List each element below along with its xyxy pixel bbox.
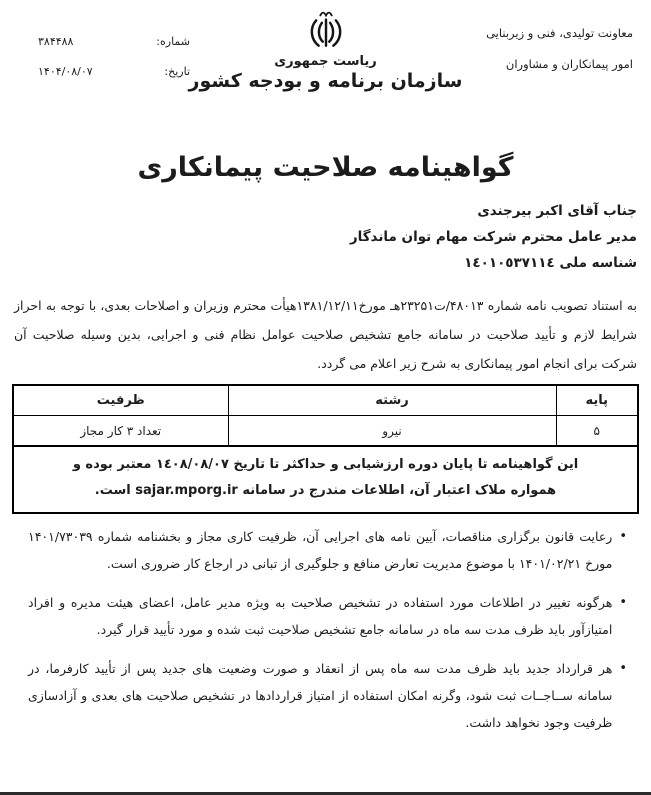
note-text: رعایت قانون برگزاری مناقصات، آیین نامه ه… [28, 523, 612, 577]
certificate-page: معاونت تولیدی، فنی و زیربنایی امور پیمان… [0, 0, 651, 795]
col-header-capacity: ظرفیت [13, 385, 228, 416]
ref-number-row: شماره: ۳۸۴۴۸۸ [38, 35, 190, 48]
ref-number-label: شماره: [156, 35, 190, 48]
note-item: • هر قرارداد جدید باید ظرف مدت سه ماه پس… [28, 655, 627, 736]
qualification-table: پایه رشته ظرفیت ۵ نیرو تعداد ۳ کار مجاز … [12, 384, 639, 514]
note-text: هر قرارداد جدید باید ظرف مدت سه ماه پس ا… [28, 655, 612, 736]
cell-field: نیرو [228, 416, 556, 447]
recipient-national-id: شناسه ملی ١٤٠١٠٥٣٧١١٤ [14, 250, 637, 276]
col-header-grade: پایه [556, 385, 638, 416]
note-item: • رعایت قانون برگزاری مناقصات، آیین نامه… [28, 523, 627, 577]
note-item: • هرگونه تغییر در اطلاعات مورد استفاده د… [28, 589, 627, 643]
validity-line-2: همواره ملاک اعتبار آن، اطلاعات مندرج در … [22, 478, 629, 504]
recipient-block: جناب آقای اکبر بیرجندی مدیر عامل محترم ش… [14, 198, 637, 276]
bullet-icon: • [619, 523, 627, 577]
validity-line-1: این گواهینامه تا پایان دوره ارزشیابی و ح… [22, 452, 629, 478]
notes-list: • رعایت قانون برگزاری مناقصات، آیین نامه… [28, 523, 627, 736]
recipient-role: مدیر عامل محترم شرکت مهام توان ماندگار [14, 224, 637, 250]
ref-date-row: تاریخ: ۱۴۰۴/۰۸/۰۷ [38, 65, 190, 78]
certificate-title: گواهینامه صلاحیت پیمانکاری [0, 152, 651, 183]
table-row: ۵ نیرو تعداد ۳ کار مجاز [13, 416, 638, 447]
bullet-icon: • [619, 589, 627, 643]
reference-block: شماره: ۳۸۴۴۸۸ تاریخ: ۱۴۰۴/۰۸/۰۷ [38, 35, 190, 95]
recipient-name: جناب آقای اکبر بیرجندی [14, 198, 637, 224]
validity-row: این گواهینامه تا پایان دوره ارزشیابی و ح… [13, 446, 638, 513]
note-text: هرگونه تغییر در اطلاعات مورد استفاده در … [28, 589, 612, 643]
col-header-field: رشته [228, 385, 556, 416]
cell-grade: ۵ [556, 416, 638, 447]
letterhead: معاونت تولیدی، فنی و زیربنایی امور پیمان… [0, 0, 651, 118]
cell-capacity: تعداد ۳ کار مجاز [13, 416, 228, 447]
ref-date-value: ۱۴۰۴/۰۸/۰۷ [38, 65, 93, 78]
table-header-row: پایه رشته ظرفیت [13, 385, 638, 416]
validity-statement: این گواهینامه تا پایان دوره ارزشیابی و ح… [13, 446, 638, 513]
ref-date-label: تاریخ: [164, 65, 190, 78]
body-paragraph: به استناد تصویب نامه شماره ۴۸۰۱۳/ت۲۳۲۵۱ه… [14, 291, 637, 378]
ref-number-value: ۳۸۴۴۸۸ [38, 35, 73, 48]
bullet-icon: • [619, 655, 627, 736]
